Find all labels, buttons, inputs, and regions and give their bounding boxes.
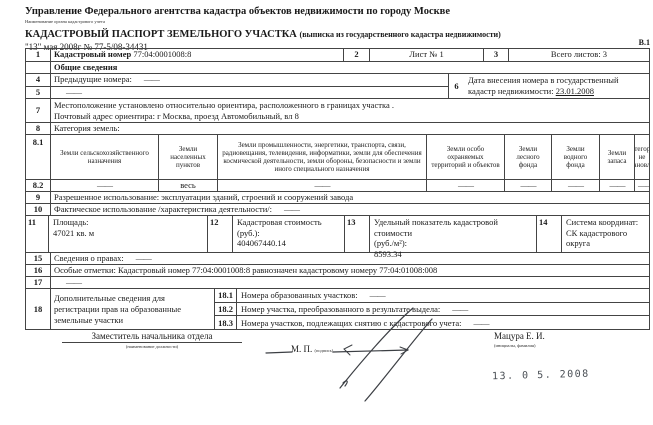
form-code: В.1 [639, 38, 650, 47]
value-water: —— [552, 180, 600, 191]
row-actual-use: 10 Фактическое использование /характерис… [26, 204, 649, 216]
removed-parcels-value: —— [473, 318, 488, 328]
specific-value-label2: стоимости [374, 228, 498, 239]
location-line2: Почтовый адрес ориентира: г Москва, прое… [54, 111, 646, 122]
row-category-values: 8.2 —— весь —— —— —— —— —— —— [26, 180, 649, 192]
actual-use-label: Фактическое использование /характеристик… [54, 204, 272, 214]
row-land-category: 8 Категория земель: [26, 123, 649, 135]
row17-value: —— [66, 277, 81, 287]
removed-parcels-label: Номера участков, подлежащих снятию с кад… [241, 318, 461, 328]
area-text: Площадь: 47021 кв. м [49, 216, 98, 252]
registration-date-cell: Дата внесения номера в государственный к… [464, 75, 649, 97]
signer-name-note: (инициалы, фамилия) [494, 343, 545, 348]
row8-num: 8 [26, 123, 51, 134]
cadastral-passport-page: Управление Федерального агентства кадаст… [0, 0, 653, 425]
coordinate-system-text: Система координат: СК кадастрового округ… [562, 216, 642, 252]
coordinate-system-cell: 14 Система координат: СК кадастрового ок… [537, 216, 649, 252]
row1-num3: 3 [484, 49, 509, 61]
row-previous-numbers: 4 Предыдущие номера:—— [26, 74, 448, 87]
special-notes-text: Особые отметки: Кадастровый номер 77:04:… [51, 265, 649, 276]
document-header: Управление Федерального агентства кадаст… [25, 5, 650, 53]
official-position: Заместитель начальника отдела [62, 331, 242, 343]
registration-date-value: 23.01.2008 [556, 86, 594, 96]
coordinate-system-label3: округа [566, 238, 638, 249]
row-additional-info: 18 Дополнительные сведения для регистрац… [26, 289, 649, 329]
svg-text:ч: ч [391, 394, 393, 399]
area-value: 47021 кв. м [53, 228, 94, 239]
row-location: 7 Местоположение установлено относительн… [26, 99, 649, 123]
value-industrial: —— [218, 180, 427, 191]
category-reserve: Земли запаса [600, 135, 635, 179]
seal-place-label: М. П. [291, 344, 312, 354]
previous-numbers-label: Предыдущие номера: [54, 74, 132, 84]
row1-num1: 1 [26, 49, 51, 61]
seal-emblem-icon [378, 352, 406, 380]
land-category-label: Категория земель: [51, 123, 649, 134]
removed-parcels-cell: Номера участков, подлежащих снятию с кад… [237, 318, 492, 328]
row183-num: 18.3 [215, 316, 237, 329]
row-removed-parcels: 18.3 Номера участков, подлежащих снятию … [215, 316, 649, 329]
registration-date-label: Дата внесения номера в государственный к… [468, 75, 619, 96]
agency-note: Наименование органа кадастрового учета [25, 19, 650, 25]
row81-num: 8.1 [26, 135, 51, 179]
rights-cell: Сведения о правах:—— [51, 253, 649, 264]
cadastral-value-amount: 404067440.14 [237, 238, 322, 249]
specific-value-label1: Удельный показатель кадастровой [374, 217, 498, 228]
category-settlements: Земли населенных пунктов [159, 135, 218, 179]
cadastral-table: 1 Кадастровый номер 77:04:0001008:8 2 Ли… [25, 48, 650, 330]
cadastral-number-cell: Кадастровый номер 77:04:0001008:8 [51, 49, 344, 61]
total-sheets-cell: Всего листов: 3 [509, 49, 649, 61]
value-protected: —— [427, 180, 505, 191]
row-general-info: Общие сведения [26, 62, 649, 74]
row16-num: 16 [26, 265, 51, 276]
permitted-use-text: Разрешенное использование: эксплуатации … [51, 192, 649, 203]
rows-4-5-stack: 4 Предыдущие номера:—— 5 —— [26, 74, 449, 98]
category-industrial: Земли промышленности, энергетики, трансп… [218, 135, 427, 179]
value-reserve: —— [600, 180, 635, 191]
row15-num: 15 [26, 253, 51, 264]
general-num-empty [26, 62, 51, 73]
formed-parcels-label: Номера образованных участков: [241, 290, 358, 300]
transformed-parcel-value: —— [452, 304, 467, 314]
agency-name: Управление Федерального агентства кадаст… [25, 5, 650, 18]
row-formed-parcels: 18.1 Номера образованных участков:—— [215, 289, 649, 303]
cadastral-number-label: Кадастровый номер [54, 49, 131, 59]
row14-num: 14 [537, 216, 562, 252]
row181-num: 18.1 [215, 289, 237, 302]
sheet-number-cell: Лист № 1 [370, 49, 484, 61]
rights-label: Сведения о правах: [54, 253, 124, 263]
general-header: Общие сведения [51, 62, 649, 73]
row182-num: 18.2 [215, 303, 237, 316]
rows-11-14: 11 Площадь: 47021 кв. м 12 Кадастровая с… [26, 216, 649, 253]
value-settlements: весь [159, 180, 218, 191]
row-transformed-parcel: 18.2 Номер участка, преобразованного в р… [215, 303, 649, 317]
previous-numbers-value: —— [144, 74, 159, 84]
row1-num2: 2 [344, 49, 370, 61]
row7-num: 7 [26, 99, 51, 122]
category-not-set: Категория не установлена [635, 135, 649, 179]
row-17: 17 —— [26, 277, 649, 289]
location-cell: Местоположение установлено относительно … [51, 99, 649, 122]
rows-4-5-6: 4 Предыдущие номера:—— 5 —— 6 Дата внесе… [26, 74, 649, 99]
document-title: КАДАСТРОВЫЙ ПАСПОРТ ЗЕМЕЛЬНОГО УЧАСТКА [25, 29, 297, 40]
additional-info-subtable: 18.1 Номера образованных участков:—— 18.… [215, 289, 649, 329]
actual-use-value: —— [284, 204, 299, 214]
row-permitted-use: 9 Разрешенное использование: эксплуатаци… [26, 192, 649, 204]
row4-num: 4 [26, 74, 51, 86]
value-forest: —— [505, 180, 552, 191]
row-rights: 15 Сведения о правах:—— [26, 253, 649, 265]
row11-num: 11 [26, 216, 49, 252]
row12-num: 12 [208, 216, 233, 252]
row-special-notes: 16 Особые отметки: Кадастровый номер 77:… [26, 265, 649, 277]
location-line1: Местоположение установлено относительно … [54, 100, 646, 111]
cadastral-number-value: 77:04:0001008:8 [133, 49, 191, 59]
actual-use-cell: Фактическое использование /характеристик… [51, 204, 649, 215]
category-protected: Земли особо охраняемых территорий и объе… [427, 135, 505, 179]
row10-num: 10 [26, 204, 51, 215]
row18-num: 18 [26, 289, 51, 329]
document-title-line: КАДАСТРОВЫЙ ПАСПОРТ ЗЕМЕЛЬНОГО УЧАСТКА (… [25, 28, 650, 41]
formed-parcels-value: —— [370, 290, 385, 300]
signer-name-block: Мацура Е. И. (инициалы, фамилия) [494, 331, 545, 348]
transformed-parcel-label: Номер участка, преобразованного в резуль… [241, 304, 440, 314]
seal-place-note: (подпись) [315, 348, 334, 353]
row-cadastral-number: 1 Кадастровый номер 77:04:0001008:8 2 Ли… [26, 49, 649, 62]
category-agricultural: Земли сельскохозяйственного назначения [51, 135, 159, 179]
additional-info-label: Дополнительные сведения для регистрации … [51, 289, 215, 329]
rights-value: —— [136, 253, 151, 263]
signer-name: Мацура Е. И. [494, 331, 545, 341]
svg-text:*: * [379, 392, 381, 397]
cadastral-value-text: Кадастровая стоимость (руб.): 404067440.… [233, 216, 326, 252]
row9-num: 9 [26, 192, 51, 203]
value-agricultural: —— [51, 180, 159, 191]
specific-value-text: Удельный показатель кадастровой стоимост… [370, 216, 502, 252]
row5-value: —— [66, 87, 81, 97]
cadastral-value-cell: 12 Кадастровая стоимость (руб.): 4040674… [208, 216, 345, 252]
row13-num: 13 [345, 216, 370, 252]
row5-cell: —— [51, 87, 448, 98]
row5-num: 5 [26, 87, 51, 98]
formed-parcels-cell: Номера образованных участков:—— [237, 290, 389, 300]
previous-numbers-cell: Предыдущие номера:—— [51, 74, 448, 86]
row17-num: 17 [26, 277, 51, 288]
cadastral-value-label1: Кадастровая стоимость [237, 217, 322, 228]
official-position-block: Заместитель начальника отдела (наименова… [62, 331, 242, 349]
position-note: (наименование должности) [62, 344, 242, 349]
coordinate-system-label1: Система координат: [566, 217, 638, 228]
row-5: 5 —— [26, 87, 448, 98]
category-water: Земли водного фонда [552, 135, 600, 179]
date-stamp: 13. 0 5. 2008 [492, 369, 590, 383]
row-registration-date: 6 Дата внесения номера в государственный… [449, 74, 649, 98]
row82-num: 8.2 [26, 180, 51, 191]
value-not-set: —— [635, 180, 649, 191]
specific-value-label3: (руб./м²): [374, 238, 498, 249]
cadastral-value-label2: (руб.): [237, 228, 322, 239]
category-forest: Земли лесного фонда [505, 135, 552, 179]
area-cell: 11 Площадь: 47021 кв. м [26, 216, 208, 252]
area-label: Площадь: [53, 217, 94, 228]
row6-num: 6 [449, 81, 464, 91]
svg-text:*: * [403, 392, 405, 397]
specific-value-cell: 13 Удельный показатель кадастровой стоим… [345, 216, 537, 252]
transformed-parcel-cell: Номер участка, преобразованного в резуль… [237, 304, 471, 314]
row-category-columns: 8.1 Земли сельскохозяйственного назначен… [26, 135, 649, 180]
seal-place-block: М. П. (подпись) [291, 344, 333, 354]
coordinate-system-label2: СК кадастрового [566, 228, 638, 239]
document-title-note: (выписка из государственного кадастра не… [300, 30, 501, 39]
row17-cell: —— [51, 277, 649, 288]
